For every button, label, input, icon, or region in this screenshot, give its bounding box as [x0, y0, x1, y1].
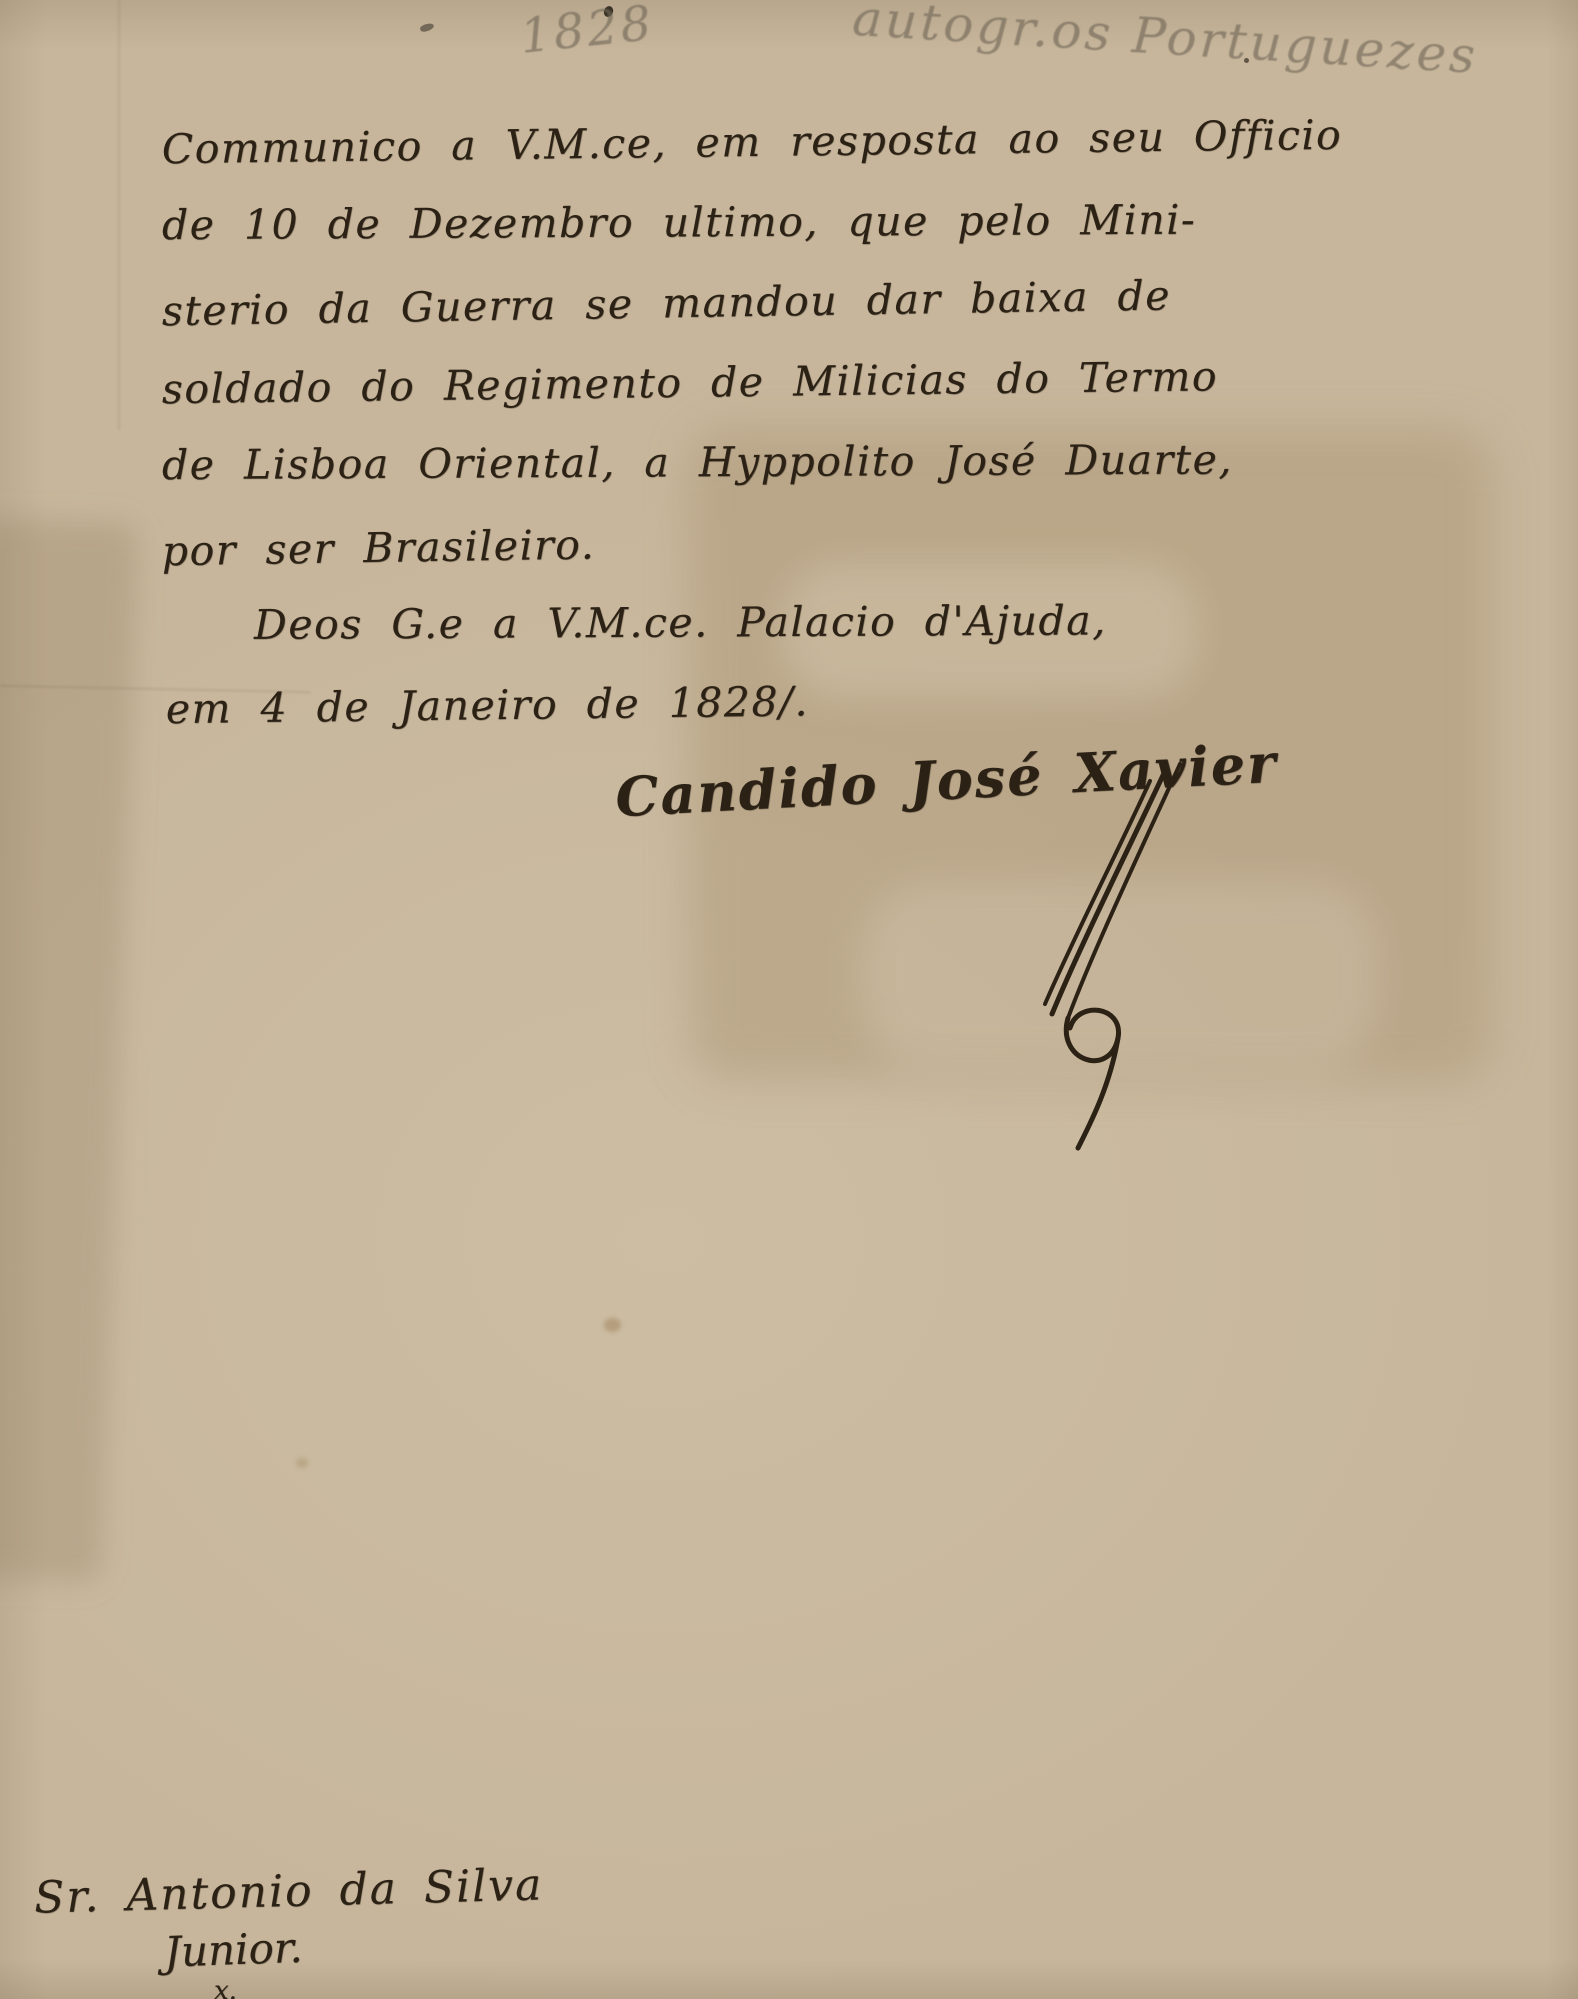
paper-spot-2 [296, 1458, 308, 1468]
paper-stain-left-band [0, 517, 138, 1582]
fold-crease-vertical [118, 0, 120, 430]
closing-salutation-line: Deos G.e a V.M.ce. Palacio d'Ajuda, [254, 595, 1343, 681]
letter-line-6: por ser Brasileiro. [161, 509, 1343, 608]
addressee-block: Sr. Antonio da Silva Junior. x. [34, 1866, 543, 1999]
addressee-name-line: Sr. Antonio da Silva [33, 1859, 543, 1923]
letter-line-4: soldado do Regimento de Milicias do Term… [162, 351, 1343, 445]
letter-line-2: de 10 de Dezembro ultimo, que pelo Mini- [162, 195, 1343, 281]
signature-block: Candido José Xavier [615, 748, 1278, 812]
manuscript-page: 1828 autogr.os Portuguezes Communico a V… [0, 0, 1578, 1999]
letter-line-5: de Lisboa Oriental, a Hyppolito José Dua… [162, 435, 1343, 521]
pencil-collection-annotation: autogr.os Portuguezes [851, 0, 1480, 85]
addressee-mark: x. [214, 1976, 543, 1999]
paper-spot-1 [604, 1318, 621, 1332]
letter-line-1: Communico a V.M.ce, em resposta ao seu O… [162, 111, 1343, 205]
letter-body: Communico a V.M.ce, em resposta ao seu O… [162, 118, 1342, 758]
signature-rubric-flourish [960, 756, 1190, 1156]
pencil-year-annotation: 1828 [517, 0, 656, 65]
pencil-mark-small [419, 22, 435, 33]
addressee-junior-line: Junior. [163, 1914, 544, 1976]
